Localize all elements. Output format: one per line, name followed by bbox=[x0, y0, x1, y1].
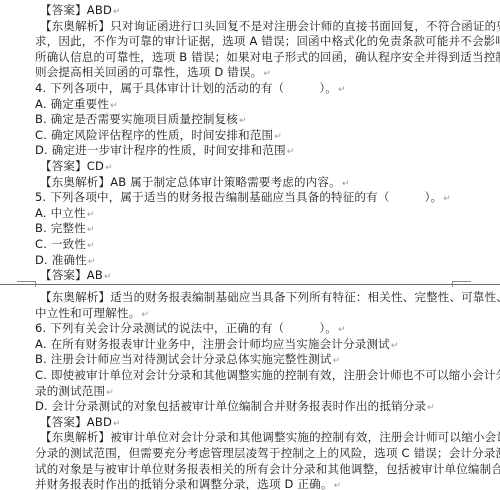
paragraph-mark-icon: ↵ bbox=[334, 481, 342, 490]
question-6-option-c: C. 即使被审计单位对会计分录和其他调整实施的控制有效，注册会计师也不可以缩小会… bbox=[35, 367, 500, 384]
paragraph-mark-icon: ↵ bbox=[105, 163, 113, 173]
paragraph-mark-icon: ↵ bbox=[391, 341, 399, 351]
paragraph-mark-icon: ↵ bbox=[106, 388, 114, 398]
explanation-line: 试的对象是与被审计单位财务报表相关的所有会计分录和其他调整，包括被审计单位编制合 bbox=[35, 461, 500, 478]
paragraph-mark-icon: ↵ bbox=[87, 225, 95, 235]
paragraph-mark-icon: ↵ bbox=[113, 419, 121, 429]
document-page-top: 【答案】ABD↵ 【东奥解析】只对询证函进行口头回复不是对注册会计师的直接书面回… bbox=[0, 0, 500, 283]
explanation-line: 并财务报表时作出的抵销分录和调整分录，选项 D 正确。↵ bbox=[35, 476, 341, 490]
paragraph-mark-icon: ↵ bbox=[113, 7, 121, 17]
explanation-line: 【东奥解析】被审计单位对会计分录和其他调整实施的控制有效，注册会计师可以缩小会计 bbox=[40, 429, 500, 446]
paragraph-mark-icon: ↵ bbox=[287, 147, 295, 157]
question-5: 5. 下列各项中，属于适当的财务报告编制基础应当具备的特征的有（ ）。↵ bbox=[35, 189, 451, 208]
paragraph-mark-icon: ↵ bbox=[342, 179, 350, 189]
paragraph-mark-icon: ↵ bbox=[338, 325, 346, 335]
explanation-line: 【东奥解析】适当的财务报表编制基础应当具备下列所有特征：相关性、完整性、可靠性、 bbox=[40, 289, 500, 306]
paragraph-mark-icon: ↵ bbox=[443, 194, 451, 204]
paragraph-mark-icon: ↵ bbox=[427, 403, 435, 413]
paragraph-mark-icon: ↵ bbox=[88, 257, 96, 267]
page-break-divider bbox=[0, 284, 500, 285]
paragraph-mark-icon: ↵ bbox=[274, 132, 282, 142]
paragraph-mark-icon: ↵ bbox=[110, 101, 118, 111]
paragraph-mark-icon: ↵ bbox=[263, 69, 271, 79]
paragraph-mark-icon: ↵ bbox=[333, 356, 341, 366]
paragraph-mark-icon: ↵ bbox=[87, 241, 95, 251]
paragraph-mark-icon: ↵ bbox=[87, 210, 95, 220]
explanation-line: 所确认信息的可靠性，选项 B 错误；如果对电子形式的回函，确认程序安全并得到适当… bbox=[35, 49, 500, 66]
explanation-line: 分录的测试范围，但需要充分考虑管理层凌驾于控制之上的风险，选项 C 错误；会计分… bbox=[35, 445, 500, 462]
paragraph-mark-icon: ↵ bbox=[239, 116, 247, 126]
paragraph-mark-icon: ↵ bbox=[338, 85, 346, 95]
paragraph-mark-icon: ↵ bbox=[104, 272, 112, 282]
explanation-line: 求，因此，不作为可靠的审计证据，选项 A 错误；回函中格式化的免责条款可能并不会… bbox=[35, 33, 500, 50]
document-page-bottom: 【东奥解析】适当的财务报表编制基础应当具备下列所有特征：相关性、完整性、可靠性、… bbox=[0, 287, 500, 490]
explanation-line: 【东奥解析】只对询证函进行口头回复不是对注册会计师的直接书面回复，不符合函证的要 bbox=[40, 18, 500, 35]
paragraph-mark-icon: ↵ bbox=[141, 310, 149, 320]
